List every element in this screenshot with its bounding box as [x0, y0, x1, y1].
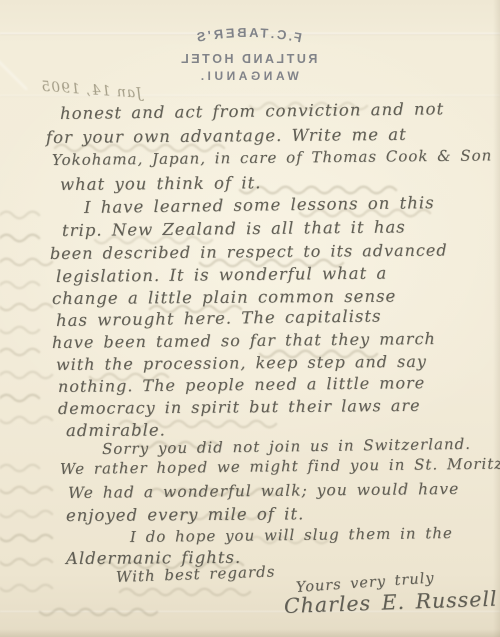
- letter-line: have been tamed so far that they march: [52, 329, 436, 352]
- letter-line: nothing. The people need a little more: [58, 373, 425, 396]
- letter-line: Yokohama, Japan, in care of Thomas Cook …: [52, 146, 492, 169]
- letter-line: I have learned some lessons on this: [84, 193, 435, 217]
- letter-body: honest and act from conviction and notfo…: [0, 0, 500, 637]
- letter-line: Sorry you did not join us in Switzerland…: [102, 435, 471, 458]
- letter-line: change a little plain common sense: [52, 287, 396, 308]
- letter-line: trip. New Zealand is all that it has: [62, 217, 406, 240]
- letter-line: We had a wonderful walk; you would have: [68, 480, 459, 502]
- letter-line: democracy in spirit but their laws are: [58, 396, 421, 418]
- letter-line: been described in respect to its advance…: [50, 241, 448, 263]
- letter-line: legislation. It is wonderful what a: [56, 264, 387, 286]
- letter-line: for your own advantage. Write me at: [46, 125, 407, 147]
- letter-line: We rather hoped we might find you in St.…: [60, 455, 500, 478]
- letter-scan: F.C.TABER'S RUTLAND HOTEL WANGANUI. Jan …: [0, 0, 500, 637]
- letter-line: admirable.: [66, 420, 166, 440]
- letter-line: honest and act from conviction and not: [60, 99, 444, 123]
- letter-line: what you think of it.: [60, 173, 262, 194]
- letter-line: with the procession, keep step and say: [56, 352, 427, 374]
- letter-line: I do hope you will slug them in the: [130, 524, 453, 546]
- letter-line: has wrought here. The capitalists: [56, 306, 382, 330]
- letter-line: enjoyed every mile of it.: [66, 504, 304, 525]
